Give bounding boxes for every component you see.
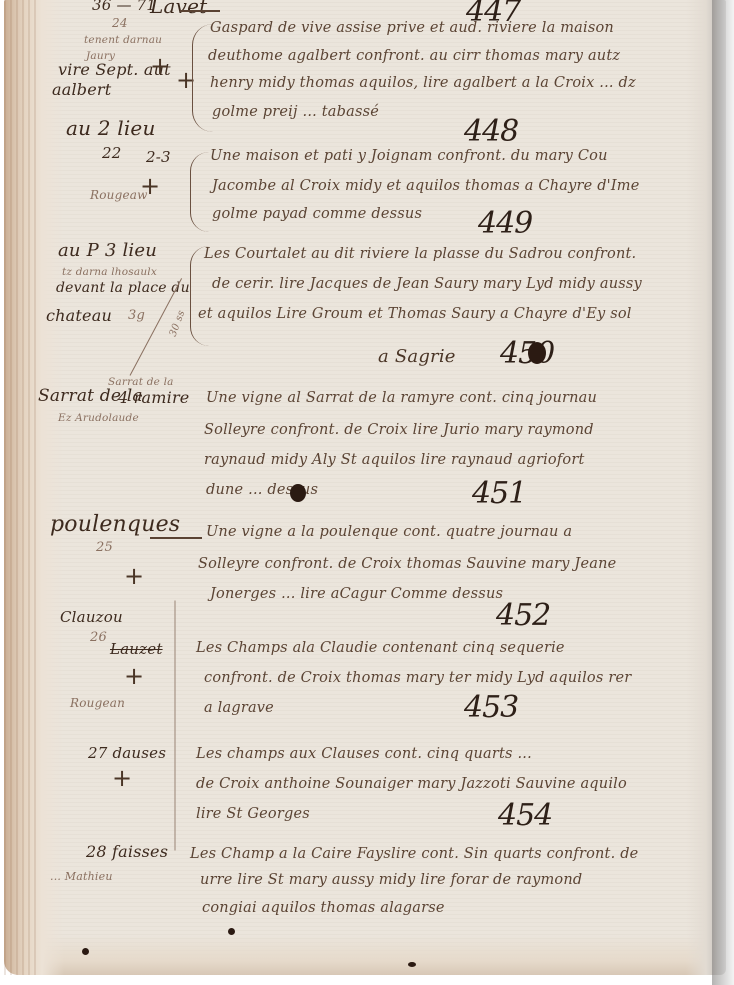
entry-line: urre lire St mary aussy midy lire forar …: [200, 872, 582, 888]
entry-line: Une vigne a la poulenque cont. quatre jo…: [206, 524, 572, 540]
binding-edge: [4, 0, 40, 975]
header-sub: 24: [112, 16, 128, 30]
entry-line: confront. de Croix thomas mary ter midy …: [204, 670, 631, 686]
margin-note: au 2 lieu: [66, 116, 156, 140]
margin-note: au P 3 lieu: [58, 240, 157, 261]
entry-line: et aquilos Lire Groum et Thomas Saury a …: [198, 306, 632, 322]
margin-note: 4 ramire: [118, 388, 189, 407]
entry-line: Les champs aux Clauses cont. cinq quarts…: [196, 746, 532, 762]
entry-line: deuthome agalbert confront. au cirr thom…: [208, 48, 620, 64]
entry-line: de cerir. lire Jacques de Jean Saury mar…: [212, 276, 642, 292]
margin-note: ... Mathieu: [50, 870, 113, 883]
entry-line: henry midy thomas aquilos, lire agalbert…: [210, 75, 636, 91]
entry-line: congiai aquilos thomas alagarse: [202, 900, 445, 916]
ink-blot: [290, 484, 306, 502]
margin-note: 22: [102, 144, 122, 162]
entry-line: Gaspard de vive assise prive et aud. riv…: [210, 20, 614, 36]
header-ref: 36 — 71: [92, 0, 156, 14]
entry-line: lire St Georges: [196, 806, 310, 822]
margin-note: devant la place du: [56, 280, 190, 296]
cross-mark: +: [150, 52, 170, 80]
ink-spot: [408, 962, 416, 967]
margin-note: 3g: [128, 308, 145, 323]
margin-note: 27 dauses: [88, 744, 166, 762]
bracket-448: [190, 152, 209, 232]
entry-line: golme payad comme dessus: [212, 206, 422, 222]
margin-note: Rougean: [70, 696, 125, 710]
margin-note: Rougeaw: [90, 188, 148, 202]
entry-line: Les Champs ala Claudie contenant cinq se…: [196, 640, 565, 656]
margin-note: 25: [96, 540, 113, 555]
vertical-rule: [175, 601, 176, 851]
header-name: Lavet: [150, 0, 207, 18]
entry-line: golme preij ... tabassé: [212, 104, 379, 120]
margin-leader-line: [150, 537, 202, 539]
entry-number-452: 452: [496, 598, 550, 633]
manuscript-page: 36 — 71 Lavet 24 447 tenent darnau Jaury…: [0, 0, 734, 985]
entry-line: Jacombe al Croix midy et aquilos thomas …: [212, 178, 640, 194]
margin-note: tz darna lhosaulx: [62, 266, 157, 278]
entry-line: Solleyre confront. de Croix lire Jurio m…: [204, 422, 594, 438]
entry-line: a lagrave: [204, 700, 274, 716]
entry-number-453: 453: [464, 690, 518, 725]
margin-note: 2-3: [146, 148, 171, 166]
margin-note: aalbert: [52, 80, 111, 99]
section-heading: a Sagrie: [378, 346, 456, 367]
entry-number-448: 448: [464, 114, 518, 149]
entry-line: raynaud midy Aly St aquilos lire raynaud…: [204, 452, 585, 468]
margin-note: Clauzou: [60, 608, 123, 626]
page-edge-shadow: [712, 0, 734, 985]
margin-note-struck: Lauzet: [110, 640, 163, 658]
margin-note: 26: [90, 630, 107, 645]
entry-number-451: 451: [472, 476, 526, 511]
ink-blot: [528, 342, 546, 364]
entry-line: Les Courtalet au dit riviere la plasse d…: [204, 246, 636, 262]
cross-mark: +: [124, 662, 144, 690]
entry-line: Solleyre confront. de Croix thomas Sauvi…: [198, 556, 616, 572]
ink-spot: [228, 928, 235, 935]
header-underline: [180, 10, 220, 12]
entry-line: Une maison et pati y Joignam confront. d…: [210, 148, 608, 164]
entry-number-454: 454: [498, 798, 552, 833]
cross-mark: +: [124, 562, 144, 590]
entry-line: Une vigne al Sarrat de la ramyre cont. c…: [206, 390, 597, 406]
margin-note: tenent darnau: [84, 34, 162, 46]
margin-note: Ez Arudolaude: [58, 412, 139, 424]
entry-number-449: 449: [478, 206, 532, 241]
entry-line: Les Champ a la Caire Fayslire cont. Sin …: [190, 846, 638, 862]
entry-line: Jonerges ... lire aCagur Comme dessus: [210, 586, 503, 602]
margin-note: 28 faisses: [86, 842, 168, 861]
margin-note: chateau: [46, 306, 112, 325]
cross-mark: +: [112, 764, 132, 792]
cross-mark: +: [140, 172, 160, 200]
entry-line: de Croix anthoine Sounaiger mary Jazzoti…: [196, 776, 627, 792]
ink-spot: [82, 948, 89, 955]
margin-note: poulenques: [50, 512, 180, 537]
